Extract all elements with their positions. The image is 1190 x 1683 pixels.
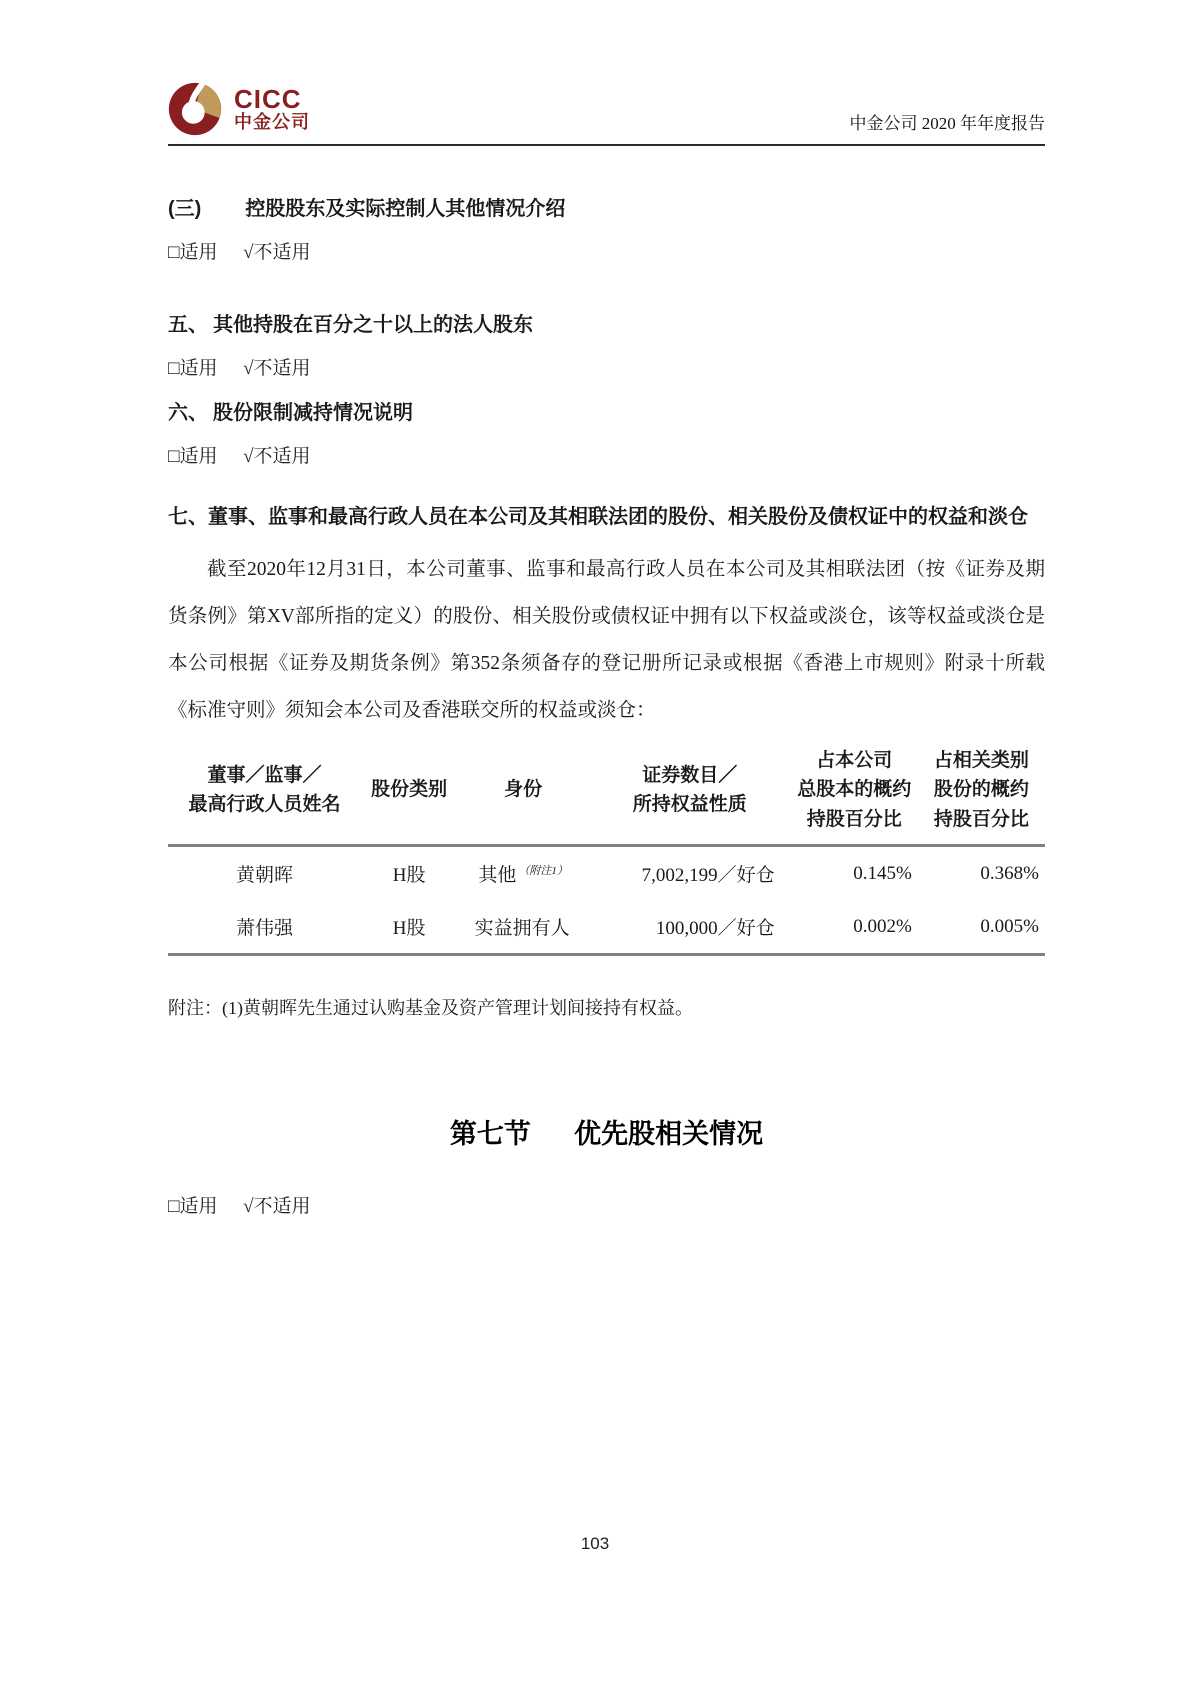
cell-securities: 100,000／好仓 [589,900,791,955]
report-title: 中金公司 2020 年年度报告 [850,109,1046,136]
checkbox-not-applicable: √不适用 [243,242,310,263]
applicability-line-3: □适用√不适用 [168,441,1045,468]
header-divider [168,144,1045,146]
section-7-title: 董事、监事和最高行政人员在本公司及其相联法团的股份、相关股份及债权证中的权益和淡… [208,506,1028,528]
checkbox-applicable: □适用 [168,446,217,467]
section-7-heading: 七、董事、监事和最高行政人员在本公司及其相联法团的股份、相关股份及债权证中的权益… [168,502,1045,532]
page-header: CICC 中金公司 中金公司 2020 年年度报告 [168,82,1045,136]
cell-share-class: H股 [361,846,457,901]
col-header-share-class: 股份类别 [361,742,457,846]
section-6-number: 六、 [168,402,208,424]
chapter-7-title: 第七节优先股相关情况 [168,1112,1045,1151]
section-3-number: (三) [168,198,201,220]
cell-name: 黄朝晖 [168,846,361,901]
interests-table: 董事／监事／ 最高行政人员姓名 股份类别 身份 证券数目／ 所持权益性质 占本公… [168,742,1045,956]
section-6-title: 股份限制减持情况说明 [213,402,413,424]
cell-capacity: 其他（附注1） [457,846,589,901]
section-3-heading: (三)控股股东及实际控制人其他情况介绍 [168,194,1045,224]
checkbox-not-applicable: √不适用 [243,446,310,467]
checkbox-applicable: □适用 [168,242,217,263]
cell-pct-class: 0.368% [918,846,1045,901]
logo-text-cn: 中金公司 [234,113,310,132]
cell-pct-company: 0.145% [791,846,918,901]
body-paragraph: 截至2020年12月31日，本公司董事、监事和最高行政人员在本公司及其相联法团（… [168,546,1045,734]
page-number: 103 [0,1534,1190,1554]
applicability-line-2: □适用√不适用 [168,353,1045,380]
col-header-pct-class: 占相关类别 股份的概约 持股百分比 [918,742,1045,846]
capacity-text: 实益拥有人 [475,918,570,939]
col-header-capacity: 身份 [457,742,589,846]
chapter-label: 第七节 [450,1119,531,1149]
section-6-heading: 六、股份限制减持情况说明 [168,398,1045,428]
chapter-title-text: 优先股相关情况 [574,1119,763,1149]
section-3-title: 控股股东及实际控制人其他情况介绍 [245,198,565,220]
cicc-logo-icon [168,82,222,136]
cell-pct-class: 0.005% [918,900,1045,955]
cell-securities: 7,002,199／好仓 [589,846,791,901]
checkbox-applicable: □适用 [168,1196,217,1217]
applicability-line-1: □适用√不适用 [168,237,1045,264]
cell-name: 萧伟强 [168,900,361,955]
section-5-heading: 五、其他持股在百分之十以上的法人股东 [168,310,1045,340]
table-header-row: 董事／监事／ 最高行政人员姓名 股份类别 身份 证券数目／ 所持权益性质 占本公… [168,742,1045,846]
footnote: 附注：(1)黄朝晖先生通过认购基金及资产管理计划间接持有权益。 [168,994,1045,1020]
table-row: 萧伟强 H股 实益拥有人 100,000／好仓 0.002% 0.005% [168,900,1045,955]
section-5-title: 其他持股在百分之十以上的法人股东 [213,314,533,336]
col-header-securities: 证券数目／ 所持权益性质 [589,742,791,846]
cell-share-class: H股 [361,900,457,955]
logo-text-en: CICC [234,86,310,113]
checkbox-applicable: □适用 [168,358,217,379]
capacity-text: 其他 [478,865,516,886]
section-5-number: 五、 [168,314,208,336]
col-header-name: 董事／监事／ 最高行政人员姓名 [168,742,361,846]
checkbox-not-applicable: √不适用 [243,1196,310,1217]
report-page: CICC 中金公司 中金公司 2020 年年度报告 (三)控股股东及实际控制人其… [0,0,1190,1683]
checkbox-not-applicable: √不适用 [243,358,310,379]
cell-pct-company: 0.002% [791,900,918,955]
cell-capacity: 实益拥有人 [457,900,589,955]
section-7-number: 七、 [168,506,208,528]
footnote-marker: （附注1） [518,865,568,877]
cicc-logo: CICC 中金公司 [168,82,310,136]
table-row: 黄朝晖 H股 其他（附注1） 7,002,199／好仓 0.145% 0.368… [168,846,1045,901]
logo-text: CICC 中金公司 [234,86,310,132]
col-header-pct-company: 占本公司 总股本的概约 持股百分比 [791,742,918,846]
applicability-line-4: □适用√不适用 [168,1191,1045,1218]
